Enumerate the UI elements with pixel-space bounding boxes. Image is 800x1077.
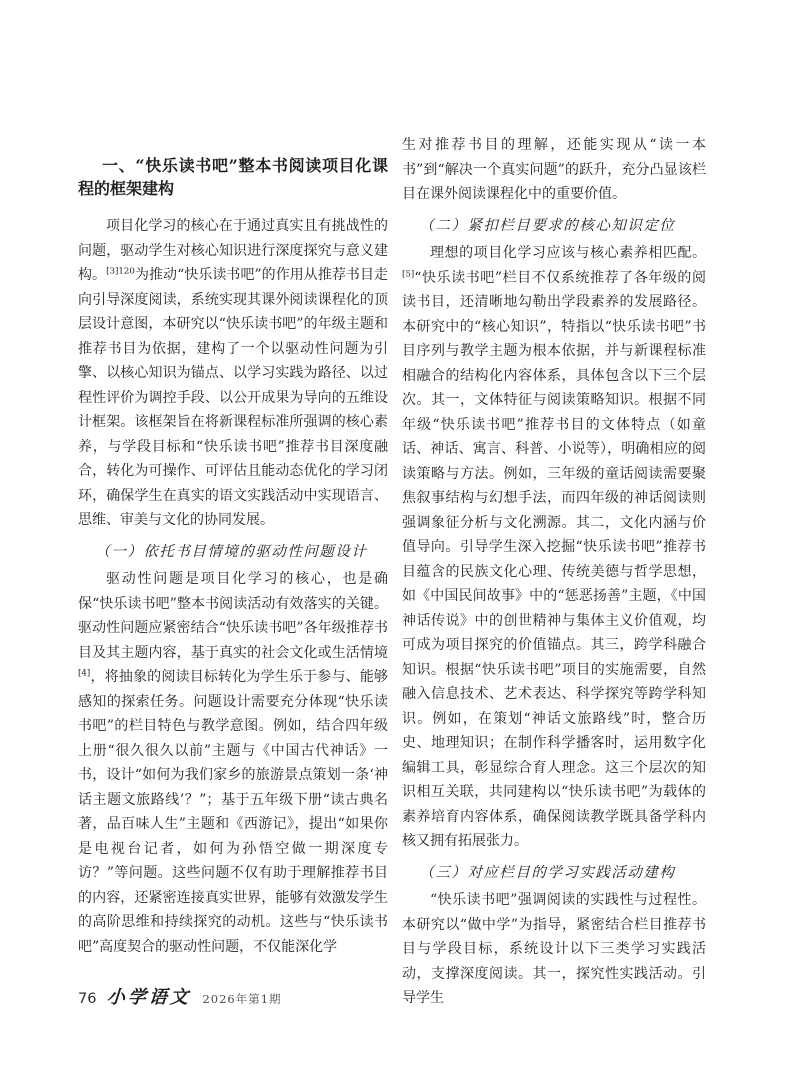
issue-label: 2026年第1期: [202, 991, 281, 1007]
paragraph: 项目化学习的核心在于通过真实且有挑战性的问题，驱动学生对核心知识进行深度探究与意…: [78, 214, 388, 533]
journal-logo: 小学语文: [107, 983, 193, 1009]
paragraph: 生对推荐书目的理解，还能实现从“读一本书”到“解决一个真实问题”的跃升，充分凸显…: [402, 133, 706, 207]
left-column: 一、“快乐读书吧”整本书阅读项目化课程的框架建构项目化学习的核心在于通过真实且有…: [78, 133, 388, 959]
paragraph: “快乐读书吧”强调阅读的实践性与过程性。本研究以“做中学”为指导，紧密结合栏目推…: [402, 888, 706, 1011]
subsection-heading: （一）依托书目情境的驱动性问题设计: [78, 540, 388, 565]
page-number: 76: [78, 991, 96, 1007]
right-column: 生对推荐书目的理解，还能实现从“读一本书”到“解决一个真实问题”的跃升，充分凸显…: [402, 133, 706, 1011]
paragraph: 驱动性问题是项目化学习的核心，也是确保“快乐读书吧”整本书阅读活动有效落实的关键…: [78, 567, 388, 959]
subsection-heading: （二）紧扣栏目要求的核心知识定位: [402, 214, 706, 239]
article-body: 一、“快乐读书吧”整本书阅读项目化课程的框架建构项目化学习的核心在于通过真实且有…: [78, 133, 706, 1011]
paragraph: 理想的项目化学习应该与核心素养相匹配。[5]“快乐读书吧”栏目不仅系统推荐了各年…: [402, 241, 706, 854]
subsection-heading: （三）对应栏目的学习实践活动建构: [402, 861, 706, 886]
section-heading: 一、“快乐读书吧”整本书阅读项目化课程的框架建构: [78, 154, 388, 200]
journal-page: 一、“快乐读书吧”整本书阅读项目化课程的框架建构项目化学习的核心在于通过真实且有…: [0, 0, 800, 1077]
citation-superscript: [5]: [402, 269, 414, 279]
citation-superscript: [3]120: [106, 266, 135, 276]
page-footer: 76 小学语文 2026年第1期: [78, 983, 282, 1009]
citation-superscript: [4]: [78, 668, 90, 678]
